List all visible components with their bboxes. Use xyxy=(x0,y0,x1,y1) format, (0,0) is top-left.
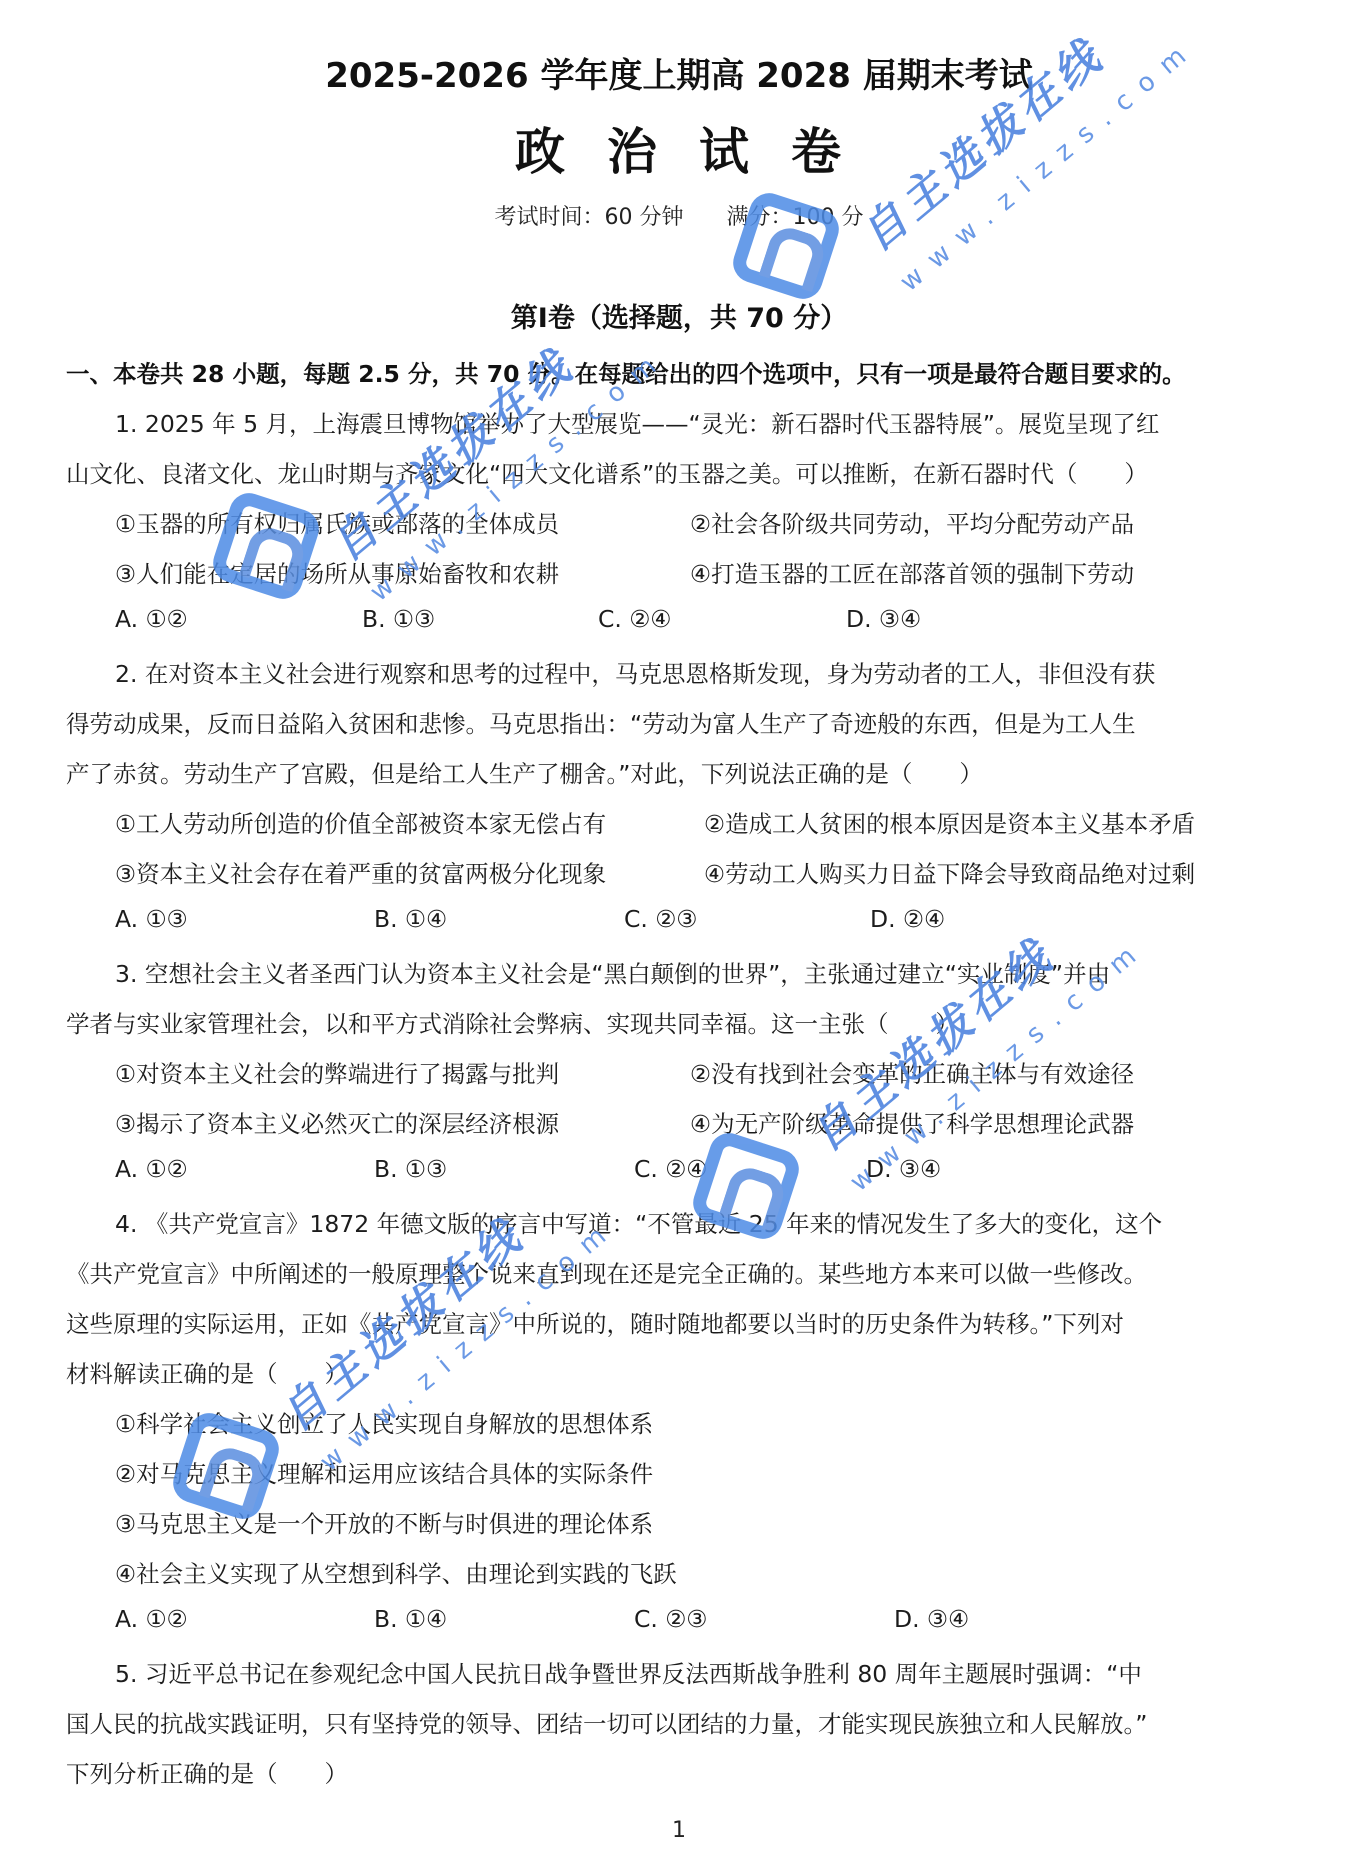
question-5-line-1: 5. 习近平总书记在参观纪念中国人民抗日战争暨世界反法西斯战争胜利 80 周年主… xyxy=(115,1655,1142,1689)
full-score: 满分：100 分 xyxy=(727,205,864,230)
question-1-statement-3: ③人们能在定居的场所从事原始畜牧和农耕 xyxy=(115,555,559,589)
question-2-choice-c[interactable]: C. ②③ xyxy=(624,905,697,933)
question-4-choice-a[interactable]: A. ①② xyxy=(115,1605,188,1633)
question-2-choice-a[interactable]: A. ①③ xyxy=(115,905,188,933)
question-1-statement-4: ④打造玉器的工匠在部落首领的强制下劳动 xyxy=(690,555,1134,589)
question-2-choice-b[interactable]: B. ①④ xyxy=(374,905,447,933)
question-4-line-4: 材料解读正确的是（ ） xyxy=(66,1355,348,1389)
question-4-statement-3: ③马克思主义是一个开放的不断与时俱进的理论体系 xyxy=(115,1505,653,1539)
question-1-choice-a[interactable]: A. ①② xyxy=(115,605,188,633)
question-4-statement-4: ④社会主义实现了从空想到科学、由理论到实践的飞跃 xyxy=(115,1555,677,1589)
exam-title: 2025-2026 学年度上期高 2028 届期末考试 xyxy=(0,48,1358,97)
question-2-statement-1: ①工人劳动所创造的价值全部被资本家无偿占有 xyxy=(115,805,606,839)
question-4-line-1: 4. 《共产党宣言》1872 年德文版的序言中写道：“不管最近 25 年来的情况… xyxy=(115,1205,1162,1239)
question-4-line-2: 《共产党宣言》中所阐述的一般原理整个说来直到现在还是完全正确的。某些地方本来可以… xyxy=(66,1255,1147,1289)
question-4-choice-d[interactable]: D. ③④ xyxy=(894,1605,969,1633)
question-1-statement-1: ①玉器的所有权归属氏族或部落的全体成员 xyxy=(115,505,559,539)
question-1-choice-d[interactable]: D. ③④ xyxy=(846,605,921,633)
exam-time: 考试时间：60 分钟 xyxy=(495,205,684,230)
question-4-choice-b[interactable]: B. ①④ xyxy=(374,1605,447,1633)
question-1-choice-c[interactable]: C. ②④ xyxy=(598,605,671,633)
question-3-choice-c[interactable]: C. ②④ xyxy=(634,1155,707,1183)
question-3-statement-2: ②没有找到社会变革的正确主体与有效途径 xyxy=(690,1055,1134,1089)
question-4-line-3: 这些原理的实际运用，正如《共产党宣言》中所说的，随时随地都要以当时的历史条件为转… xyxy=(66,1305,1124,1339)
question-1-line-2: 山文化、良渚文化、龙山时期与齐家文化“四大文化谱系”的玉器之美。可以推断，在新石… xyxy=(66,455,1148,489)
question-3-line-2: 学者与实业家管理社会，以和平方式消除社会弊病、实现共同幸福。这一主张（ ） xyxy=(66,1005,959,1039)
question-2-statement-2: ②造成工人贫困的根本原因是资本主义基本矛盾 xyxy=(704,805,1195,839)
question-2-line-3: 产了赤贫。劳动生产了宫殿，但是给工人生产了棚舍。”对此，下列说法正确的是（ ） xyxy=(66,755,983,789)
question-3-line-1: 3. 空想社会主义者圣西门认为资本主义社会是“黑白颠倒的世界”，主张通过建立“实… xyxy=(115,955,1110,989)
question-4-statement-2: ②对马克思主义理解和运用应该结合具体的实际条件 xyxy=(115,1455,653,1489)
question-1-statement-2: ②社会各阶级共同劳动，平均分配劳动产品 xyxy=(690,505,1134,539)
question-2-choice-d[interactable]: D. ②④ xyxy=(870,905,945,933)
question-4-statement-1: ①科学社会主义创立了人民实现自身解放的思想体系 xyxy=(115,1405,653,1439)
page-number: 1 xyxy=(0,1818,1358,1843)
exam-page: 2025-2026 学年度上期高 2028 届期末考试 政治试卷 考试时间：60… xyxy=(0,0,1358,1852)
question-5-line-3: 下列分析正确的是（ ） xyxy=(66,1755,348,1789)
section-title: 第Ⅰ卷（选择题，共 70 分） xyxy=(0,296,1358,335)
question-1-line-1: 1. 2025 年 5 月，上海震旦博物馆举办了大型展览——“灵光：新石器时代玉… xyxy=(115,405,1159,439)
section-instruction: 一、本卷共 28 小题，每题 2.5 分，共 70 分。在每题给出的四个选项中，… xyxy=(66,355,1186,389)
question-3-choice-b[interactable]: B. ①③ xyxy=(374,1155,447,1183)
exam-meta: 考试时间：60 分钟 满分：100 分 xyxy=(0,200,1358,231)
question-3-statement-4: ④为无产阶级革命提供了科学思想理论武器 xyxy=(690,1105,1134,1139)
question-4-choice-c[interactable]: C. ②③ xyxy=(634,1605,707,1633)
question-2-statement-3: ③资本主义社会存在着严重的贫富两极分化现象 xyxy=(115,855,606,889)
question-2-line-2: 得劳动成果，反而日益陷入贫困和悲惨。马克思指出：“劳动为富人生产了奇迹般的东西，… xyxy=(66,705,1136,739)
question-3-choice-d[interactable]: D. ③④ xyxy=(866,1155,941,1183)
subject-title: 政治试卷 xyxy=(0,112,1358,184)
question-2-line-1: 2. 在对资本主义社会进行观察和思考的过程中，马克思恩格斯发现，身为劳动者的工人… xyxy=(115,655,1155,689)
question-5-line-2: 国人民的抗战实践证明，只有坚持党的领导、团结一切可以团结的力量，才能实现民族独立… xyxy=(66,1705,1147,1739)
question-3-choice-a[interactable]: A. ①② xyxy=(115,1155,188,1183)
question-1-choice-b[interactable]: B. ①③ xyxy=(362,605,435,633)
question-2-statement-4: ④劳动工人购买力日益下降会导致商品绝对过剩 xyxy=(704,855,1195,889)
question-3-statement-3: ③揭示了资本主义必然灭亡的深层经济根源 xyxy=(115,1105,559,1139)
question-3-statement-1: ①对资本主义社会的弊端进行了揭露与批判 xyxy=(115,1055,559,1089)
